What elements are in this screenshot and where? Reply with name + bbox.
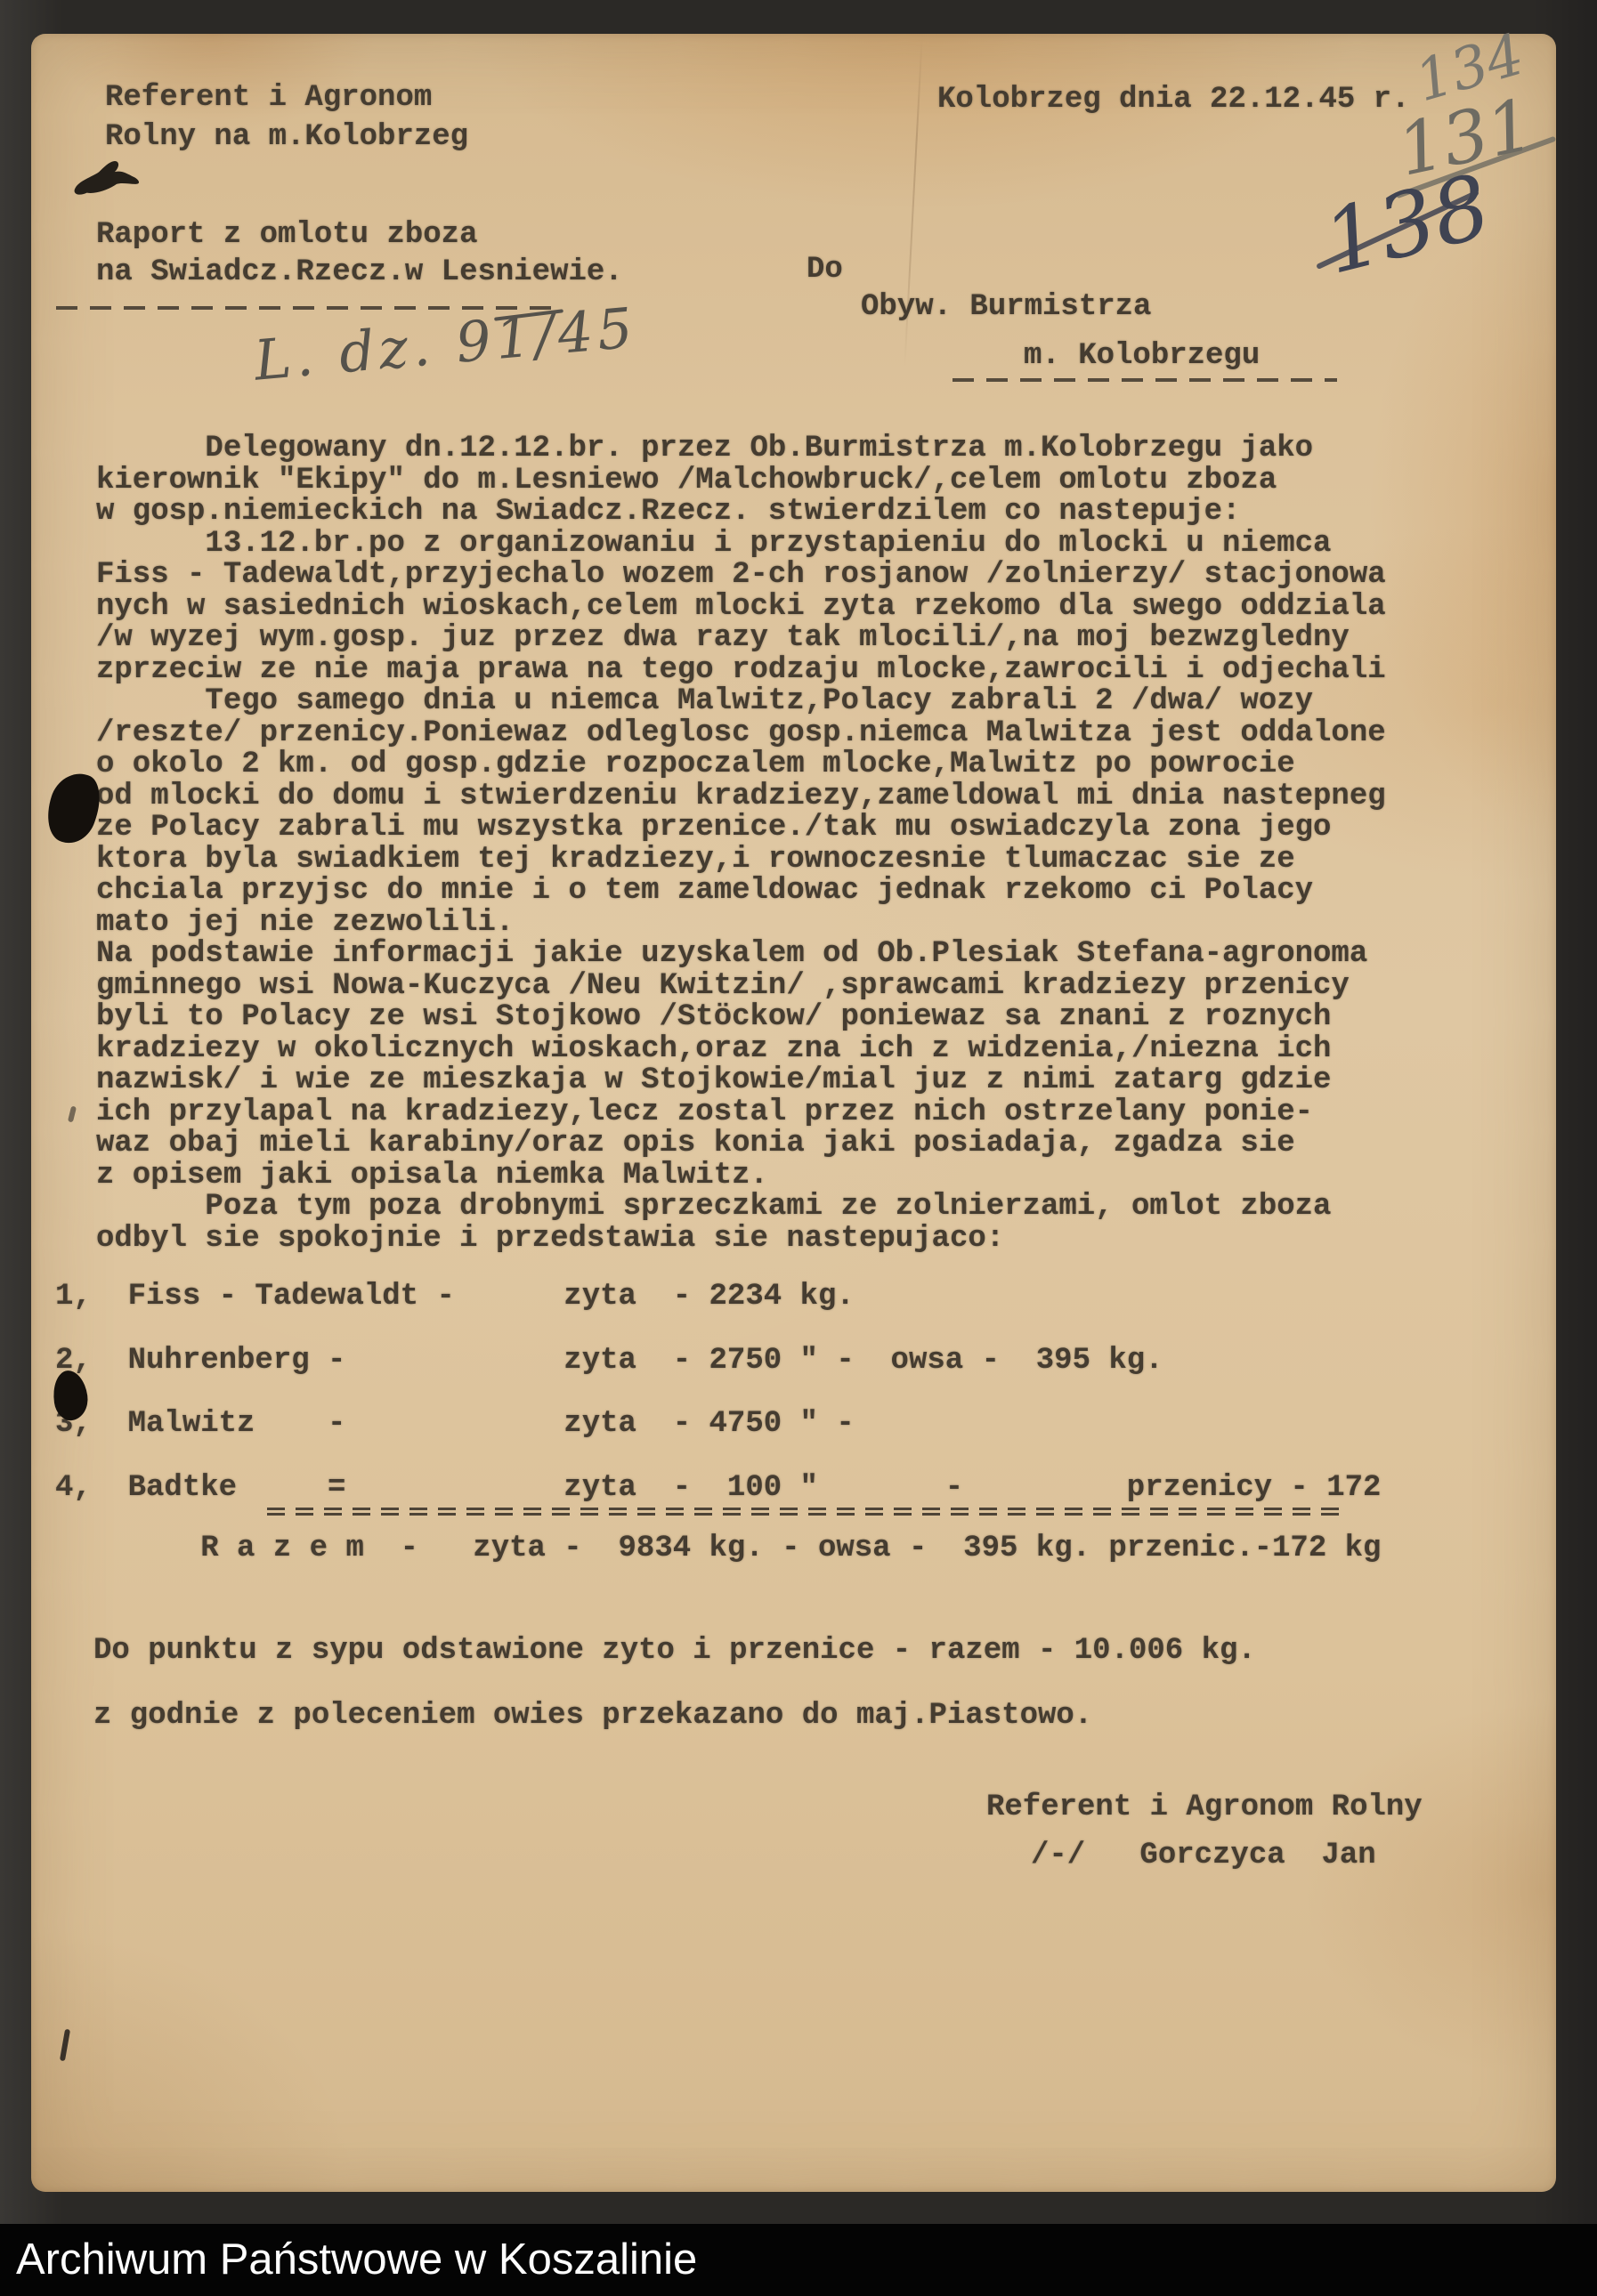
recipient-city: m. Kolobrzegu <box>1024 341 1260 373</box>
subject-block: Raport z omlotu zboza na Swiadcz.Rzecz.w… <box>96 216 623 291</box>
recipient-to: Do <box>807 255 843 287</box>
harvest-list: 1, Fiss - Tadewaldt - zyta - 2234 kg. 2,… <box>55 1265 1515 1520</box>
recipient-underline <box>953 378 1337 382</box>
pen-tick <box>60 2029 70 2061</box>
date-line: Kolobrzeg dnia 22.12.45 r. <box>937 85 1410 117</box>
ink-blot <box>69 150 157 205</box>
delivery-note-2: z godnie z poleceniem owies przekazano d… <box>93 1701 1092 1733</box>
signature-title: Referent i Agronom Rolny <box>986 1792 1423 1824</box>
sender-block: Referent i Agronom Rolny na m.Kolobrzeg <box>105 78 468 157</box>
archive-bar: Archiwum Państwowe w Koszalinie <box>0 2224 1597 2296</box>
recipient-name: Obyw. Burmistrza <box>861 292 1151 324</box>
signature-name: /-/ Gorczyca Jan <box>1031 1840 1376 1872</box>
total-line: R a z e m - zyta - 9834 kg. - owsa - 395… <box>55 1533 1381 1565</box>
body-text: Delegowany dn.12.12.br. przez Ob.Burmist… <box>96 433 1485 1255</box>
totals-divider <box>267 1508 1340 1516</box>
delivery-note-1: Do punktu z sypu odstawione zyto i przen… <box>93 1636 1256 1668</box>
margin-mark <box>68 1106 77 1123</box>
document-paper: Referent i Agronom Rolny na m.Kolobrzeg … <box>31 34 1556 2192</box>
archive-bar-label: Archiwum Państwowe w Koszalinie <box>0 2224 1597 2296</box>
